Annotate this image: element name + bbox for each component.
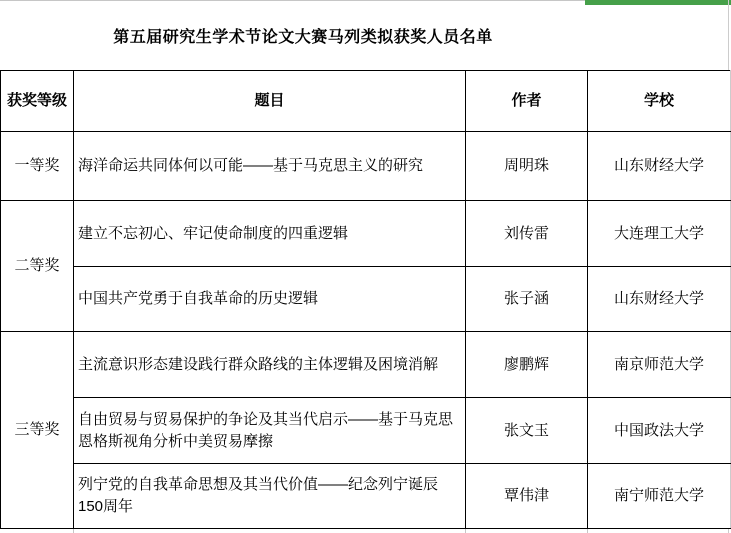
author-cell[interactable]: 刘传雷 bbox=[466, 201, 588, 267]
header-award-level[interactable]: 获奖等级 bbox=[1, 71, 74, 132]
topic-cell[interactable]: 列宁党的自我革命思想及其当代价值——纪念列宁诞辰150周年 bbox=[74, 464, 466, 529]
table-header-row: 获奖等级 题目 作者 学校 bbox=[1, 71, 731, 132]
author-cell[interactable]: 张子涵 bbox=[466, 267, 588, 332]
award-winners-table: 获奖等级 题目 作者 学校 一等奖 海洋命运共同体何以可能——基于马克思主义的研… bbox=[0, 70, 731, 529]
award-level-cell[interactable]: 一等奖 bbox=[1, 132, 74, 201]
topic-cell[interactable]: 主流意识形态建设践行群众路线的主体逻辑及困境消解 bbox=[74, 332, 466, 398]
spreadsheet-sheet: 第五届研究生学术节论文大赛马列类拟获奖人员名单 获奖等级 题目 作者 学校 一等… bbox=[0, 0, 731, 533]
topic-cell[interactable]: 中国共产党勇于自我革命的历史逻辑 bbox=[74, 267, 466, 332]
school-cell[interactable]: 南宁师范大学 bbox=[588, 464, 731, 529]
table-row: 列宁党的自我革命思想及其当代价值——纪念列宁诞辰150周年 覃伟津 南宁师范大学 bbox=[1, 464, 731, 529]
topic-cell[interactable]: 建立不忘初心、牢记使命制度的四重逻辑 bbox=[74, 201, 466, 267]
header-author[interactable]: 作者 bbox=[466, 71, 588, 132]
table-row: 一等奖 海洋命运共同体何以可能——基于马克思主义的研究 周明珠 山东财经大学 bbox=[1, 132, 731, 201]
school-cell[interactable]: 山东财经大学 bbox=[588, 267, 731, 332]
topic-cell[interactable]: 自由贸易与贸易保护的争论及其当代启示——基于马克思恩格斯视角分析中美贸易摩擦 bbox=[74, 398, 466, 464]
table-row: 自由贸易与贸易保护的争论及其当代启示——基于马克思恩格斯视角分析中美贸易摩擦 张… bbox=[1, 398, 731, 464]
topic-cell[interactable]: 海洋命运共同体何以可能——基于马克思主义的研究 bbox=[74, 132, 466, 201]
school-cell[interactable]: 山东财经大学 bbox=[588, 132, 731, 201]
author-cell[interactable]: 张文玉 bbox=[466, 398, 588, 464]
header-topic[interactable]: 题目 bbox=[74, 71, 466, 132]
author-cell[interactable]: 周明珠 bbox=[466, 132, 588, 201]
page-title: 第五届研究生学术节论文大赛马列类拟获奖人员名单 bbox=[0, 1, 606, 70]
table-row: 二等奖 建立不忘初心、牢记使命制度的四重逻辑 刘传雷 大连理工大学 bbox=[1, 201, 731, 267]
green-cell-fragment bbox=[585, 0, 731, 5]
school-cell[interactable]: 中国政法大学 bbox=[588, 398, 731, 464]
header-school[interactable]: 学校 bbox=[588, 71, 731, 132]
award-level-cell[interactable]: 二等奖 bbox=[1, 201, 74, 332]
school-cell[interactable]: 南京师范大学 bbox=[588, 332, 731, 398]
table-row: 中国共产党勇于自我革命的历史逻辑 张子涵 山东财经大学 bbox=[1, 267, 731, 332]
award-level-cell[interactable]: 三等奖 bbox=[1, 332, 74, 529]
author-cell[interactable]: 覃伟津 bbox=[466, 464, 588, 529]
author-cell[interactable]: 廖鹏辉 bbox=[466, 332, 588, 398]
table-row: 三等奖 主流意识形态建设践行群众路线的主体逻辑及困境消解 廖鹏辉 南京师范大学 bbox=[1, 332, 731, 398]
school-cell[interactable]: 大连理工大学 bbox=[588, 201, 731, 267]
